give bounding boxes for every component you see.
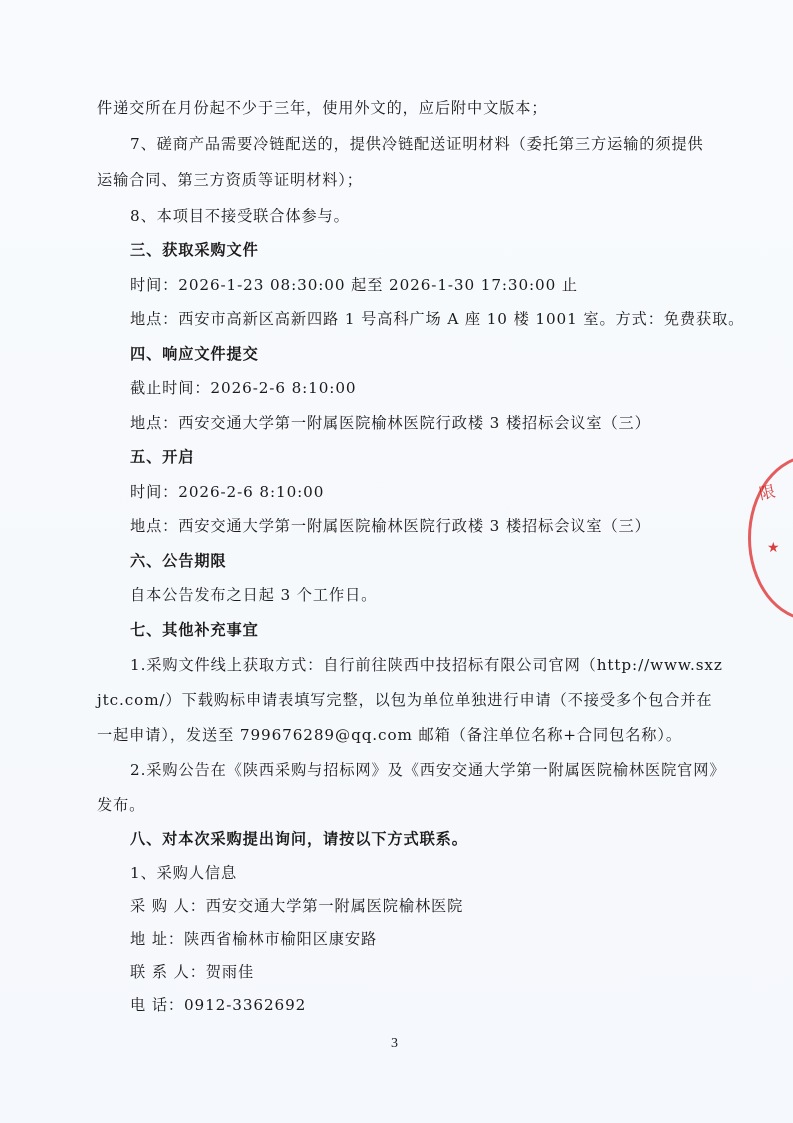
section-heading: 八、对本次采购提出询问，请按以下方式联系。 bbox=[130, 829, 468, 849]
section-heading: 六、公告期限 bbox=[130, 551, 227, 571]
text-line: 发布。 bbox=[97, 795, 145, 815]
text-line: 自本公告发布之日起 3 个工作日。 bbox=[130, 585, 377, 605]
text-line: 一起申请），发送至 799676289@qq.com 邮箱（备注单位名称+合同包… bbox=[97, 725, 682, 745]
stamp-text: 限 bbox=[757, 479, 777, 505]
section-heading: 五、开启 bbox=[130, 447, 194, 467]
section-heading: 七、其他补充事宜 bbox=[130, 620, 259, 640]
text-line: 地点：西安市高新区高新四路 1 号高科广场 A 座 10 楼 1001 室。方式… bbox=[130, 309, 744, 329]
text-line: 1、采购人信息 bbox=[130, 863, 237, 883]
section-heading: 三、获取采购文件 bbox=[130, 240, 259, 260]
text-line: 联 系 人：贺雨佳 bbox=[130, 962, 254, 982]
document-page: 件递交所在月份起不少于三年，使用外文的，应后附中文版本； 7、磋商产品需要冷链配… bbox=[0, 0, 793, 1123]
text-line: jtc.com/）下载购标申请表填写完整，以包为单位单独进行申请（不接受多个包合… bbox=[97, 690, 713, 710]
text-line: 采 购 人：西安交通大学第一附属医院榆林医院 bbox=[130, 896, 463, 916]
text-line: 地点：西安交通大学第一附属医院榆林医院行政楼 3 楼招标会议室（三） bbox=[130, 516, 651, 536]
text-line: 8、本项目不接受联合体参与。 bbox=[130, 206, 350, 226]
text-line: 件递交所在月份起不少于三年，使用外文的，应后附中文版本； bbox=[97, 98, 547, 118]
seal-stamp-icon: 限 ★ bbox=[748, 455, 793, 621]
text-line: 7、磋商产品需要冷链配送的，提供冷链配送证明材料（委托第三方运输的须提供 bbox=[130, 134, 704, 154]
text-line: 电 话：0912-3362692 bbox=[130, 995, 306, 1015]
text-line: 1.采购文件线上获取方式：自行前往陕西中技招标有限公司官网（http://www… bbox=[130, 655, 723, 675]
text-line: 截止时间：2026-2-6 8:10:00 bbox=[130, 378, 356, 398]
text-line: 运输合同、第三方资质等证明材料）； bbox=[97, 170, 363, 190]
stamp-star-icon: ★ bbox=[767, 540, 780, 556]
text-line: 地点：西安交通大学第一附属医院榆林医院行政楼 3 楼招标会议室（三） bbox=[130, 413, 651, 433]
section-heading: 四、响应文件提交 bbox=[130, 344, 259, 364]
text-line: 时间：2026-2-6 8:10:00 bbox=[130, 482, 324, 502]
page-number: 3 bbox=[391, 1036, 398, 1052]
text-line: 地 址：陕西省榆林市榆阳区康安路 bbox=[130, 929, 377, 949]
text-line: 2.采购公告在《陕西采购与招标网》及《西安交通大学第一附属医院榆林医院官网》 bbox=[130, 760, 725, 780]
text-line: 时间：2026-1-23 08:30:00 起至 2026-1-30 17:30… bbox=[130, 275, 578, 295]
